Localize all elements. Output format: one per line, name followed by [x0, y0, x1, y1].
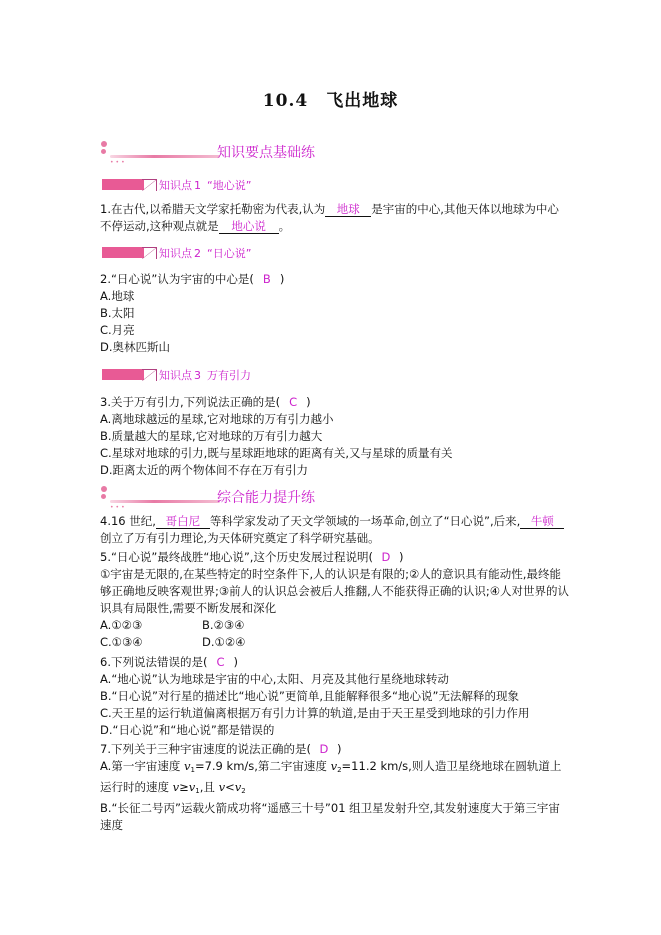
question-1: 1.在古代,以希腊天文学家托勒密为代表,认为地球是宇宙的中心,其他天体以地球为中…	[100, 201, 570, 235]
banner-slant-icon	[142, 369, 157, 381]
question-5: 5.“日心说”最终战胜“地心说”,这个历史发展过程说明(D) ①宇宙是无限的,在…	[100, 549, 570, 651]
section-title: 知识要点基础练	[217, 142, 315, 162]
decoration-line	[110, 500, 220, 503]
option[interactable]: D.奥林匹斯山	[100, 339, 570, 356]
decoration-dots-icon	[100, 141, 108, 163]
question-3: 3.关于万有引力,下列说法正确的是(C) A.离地球越远的星球,它对地球的万有引…	[100, 394, 570, 479]
option[interactable]: B.“日心说”对行星的描述比“地心说”更简单,且能解释很多“地心说”无法解释的现…	[100, 688, 570, 705]
section-header-advanced: ••• 综合能力提升练	[100, 486, 500, 510]
decoration-line	[110, 155, 220, 158]
question-2: 2.“日心说”认为宇宙的中心是(B) A.地球 B.太阳 C.月亮 D.奥林匹斯…	[100, 271, 570, 356]
section-header-basic: ••• 知识要点基础练	[100, 141, 500, 165]
answer-choice[interactable]: D	[373, 549, 399, 566]
knowledge-point-label: 知识点3万有引力	[159, 367, 251, 383]
answer-blank[interactable]: 地球	[325, 202, 371, 217]
decoration-dots-icon	[100, 486, 108, 508]
option[interactable]: C.星球对地球的引力,既与星球距地球的距离有关,又与星球的质量有关	[100, 445, 570, 462]
question-6: 6.下列说法错误的是(C) A.“地心说”认为地球是宇宙的中心,太阳、月亮及其他…	[100, 654, 570, 739]
title-text: 飞出地球	[326, 91, 398, 111]
worksheet-page: 10.4飞出地球 ••• 知识要点基础练 知识点1“地心说” 1.在古代,以希腊…	[0, 0, 661, 935]
banner-bar-icon	[102, 369, 144, 380]
answer-choice[interactable]: D	[311, 741, 337, 758]
option[interactable]: B.太阳	[100, 305, 570, 322]
knowledge-point-label: 知识点1“地心说”	[159, 177, 251, 193]
question-4: 4.16 世纪,哥白尼等科学家发动了天文学领域的一场革命,创立了“日心说”,后来…	[100, 513, 570, 547]
question-7: 7.下列关于三种宇宙速度的说法正确的是(D) A.第一宇宙速度 v1=7.9 k…	[100, 741, 570, 834]
answer-blank[interactable]: 哥白尼	[156, 514, 210, 529]
answer-choice[interactable]: C	[280, 394, 306, 411]
answer-choice[interactable]: B	[254, 271, 280, 288]
banner-bar-icon	[102, 247, 144, 258]
option[interactable]: B.②③④	[202, 617, 244, 634]
option[interactable]: C.天王星的运行轨道偏离根据万有引力计算的轨道,是由于天王星受到地球的引力作用	[100, 705, 570, 722]
option[interactable]: B.“长征二号丙”运载火箭成功将“遥感三十号”01 组卫星发射升空,其发射速度大…	[100, 800, 570, 834]
option[interactable]: D.“日心说”和“地心说”都是错误的	[100, 722, 570, 739]
banner-slant-icon	[142, 179, 157, 191]
option[interactable]: A.①②③	[100, 617, 202, 634]
option[interactable]: A.第一宇宙速度 v1=7.9 km/s,第二宇宙速度 v2=11.2 km/s…	[100, 758, 570, 800]
decoration-small-dots: •••	[110, 504, 127, 511]
answer-blank[interactable]: 牛顿	[520, 514, 564, 529]
question-body: ①宇宙是无限的,在某些特定的时空条件下,人的认识是有限的;②人的意识具有能动性,…	[100, 566, 570, 617]
answer-choice[interactable]: C	[207, 654, 233, 671]
option[interactable]: C.月亮	[100, 322, 570, 339]
banner-bar-icon	[102, 179, 144, 190]
option[interactable]: B.质量越大的星球,它对地球的万有引力越大	[100, 428, 570, 445]
option[interactable]: D.距离太近的两个物体间不存在万有引力	[100, 462, 570, 479]
option[interactable]: A.“地心说”认为地球是宇宙的中心,太阳、月亮及其他行星绕地球转动	[100, 671, 570, 688]
option[interactable]: D.①②④	[202, 634, 245, 651]
answer-blank[interactable]: 地心说	[219, 219, 279, 234]
banner-slant-icon	[142, 247, 157, 259]
section-number: 10.4	[263, 91, 308, 111]
section-title: 综合能力提升练	[217, 487, 315, 507]
decoration-small-dots: •••	[110, 159, 127, 166]
option[interactable]: C.①③④	[100, 634, 202, 651]
option[interactable]: A.地球	[100, 288, 570, 305]
page-title: 10.4飞出地球	[0, 86, 661, 111]
knowledge-point-label: 知识点2“日心说”	[159, 245, 251, 261]
option[interactable]: A.离地球越远的星球,它对地球的万有引力越小	[100, 411, 570, 428]
